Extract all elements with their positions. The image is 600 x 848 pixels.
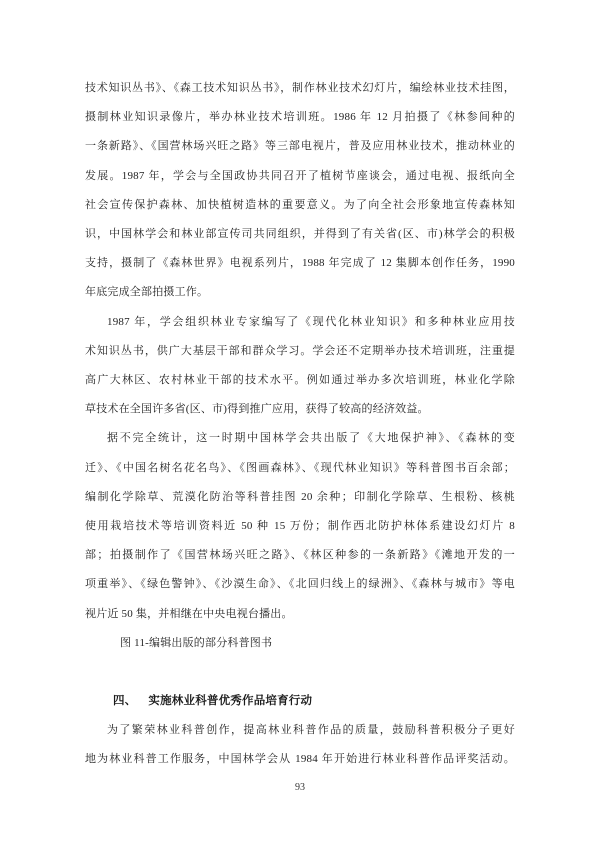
- section-heading-number: 四、: [113, 695, 136, 707]
- text-line: 部；拍摄制作了《国营林场兴旺之路》、《林区种参的一条新路》《滩地开发的一: [85, 541, 515, 570]
- text-line: 技术知识丛书》、《森工技术知识丛书》，制作林业技术幻灯片，编绘林业技术挂图，: [85, 74, 515, 103]
- text-line: 草技术在全国许多省(区、市)得到推广应用，获得了较高的经济效益。: [85, 395, 515, 424]
- text-line: 术知识丛书，供广大基层干部和群众学习。学会还不定期举办技术培训班，注重提: [85, 337, 515, 366]
- paragraph-1: 技术知识丛书》、《森工技术知识丛书》，制作林业技术幻灯片，编绘林业技术挂图，摄制…: [85, 74, 515, 308]
- text-line: 识，中国林学会和林业部宣传司共同组织，并得到了有关省(区、市)林学会的积极: [85, 220, 515, 249]
- text-block: 技术知识丛书》、《森工技术知识丛书》，制作林业技术幻灯片，编绘林业技术挂图，摄制…: [85, 74, 515, 775]
- text-line: 发展。1987 年，学会与全国政协共同召开了植树节座谈会，通过电视、报纸向全: [85, 162, 515, 191]
- text-line: 为了繁荣林业科普创作，提高林业科普作品的质量，鼓励科普积极分子更好: [85, 716, 515, 745]
- text-line: 编制化学除草、荒漠化防治等科普挂图 20 余种；印制化学除草、生根粉、核桃: [85, 483, 515, 512]
- text-line: 支持，摄制了《森林世界》电视系列片，1988 年完成了 12 集脚本创作任务，1…: [85, 249, 515, 278]
- paragraph-4: 为了繁荣林业科普创作，提高林业科普作品的质量，鼓励科普积极分子更好地为林业科普工…: [85, 716, 515, 774]
- text-line: 高广大林区、农村林业干部的技术水平。例如通过举办多次培训班，林业化学除: [85, 366, 515, 395]
- paragraph-2: 1987 年，学会组织林业专家编写了《现代化林业知识》和多种林业应用技术知识丛书…: [85, 308, 515, 425]
- section-heading: 四、实施林业科普优秀作品培育行动: [85, 687, 515, 716]
- text-line: 使用栽培技术等培训资料近 50 种 15 万份；制作西北防护林体系建设幻灯片 8: [85, 512, 515, 541]
- text-line: 地为林业科普工作服务，中国林学会从 1984 年开始进行林业科普作品评奖活动。: [85, 745, 515, 774]
- paragraph-3: 据不完全统计，这一时期中国林学会共出版了《大地保护神》、《森林的变迁》、《中国名…: [85, 424, 515, 628]
- document-page: 技术知识丛书》、《森工技术知识丛书》，制作林业技术幻灯片，编绘林业技术挂图，摄制…: [0, 0, 600, 848]
- closing-paragraphs: 为了繁荣林业科普创作，提高林业科普作品的质量，鼓励科普积极分子更好地为林业科普工…: [85, 716, 515, 774]
- text-line: 1987 年，学会组织林业专家编写了《现代化林业知识》和多种林业应用技: [85, 308, 515, 337]
- text-line: 年底完成全部拍摄工作。: [85, 278, 515, 307]
- text-line: 视片近 50 集，并相继在中央电视台播出。: [85, 600, 515, 629]
- figure-caption: 图 11-编辑出版的部分科普图书: [85, 629, 515, 658]
- page-number: 93: [0, 782, 600, 793]
- text-line: 项重举》、《绿色警钟》、《沙漠生命》、《北回归线上的绿洲》、《森林与城市》等电: [85, 570, 515, 599]
- text-line: 迁》、《中国名树名花名鸟》、《图画森林》、《现代林业知识》等科普图书百余部；: [85, 454, 515, 483]
- text-line: 一条新路》、《国营林场兴旺之路》等三部电视片，普及应用林业技术，推动林业的: [85, 132, 515, 161]
- text-line: 据不完全统计，这一时期中国林学会共出版了《大地保护神》、《森林的变: [85, 424, 515, 453]
- body-paragraphs: 技术知识丛书》、《森工技术知识丛书》，制作林业技术幻灯片，编绘林业技术挂图，摄制…: [85, 74, 515, 629]
- text-line: 摄制林业知识录像片，举办林业技术培训班。1986 年 12 月拍摄了《林参间种的: [85, 103, 515, 132]
- text-line: 社会宣传保护森林、加快植树造林的重要意义。为了向全社会形象地宣传森林知: [85, 191, 515, 220]
- section-heading-title: 实施林业科普优秀作品培育行动: [148, 695, 312, 707]
